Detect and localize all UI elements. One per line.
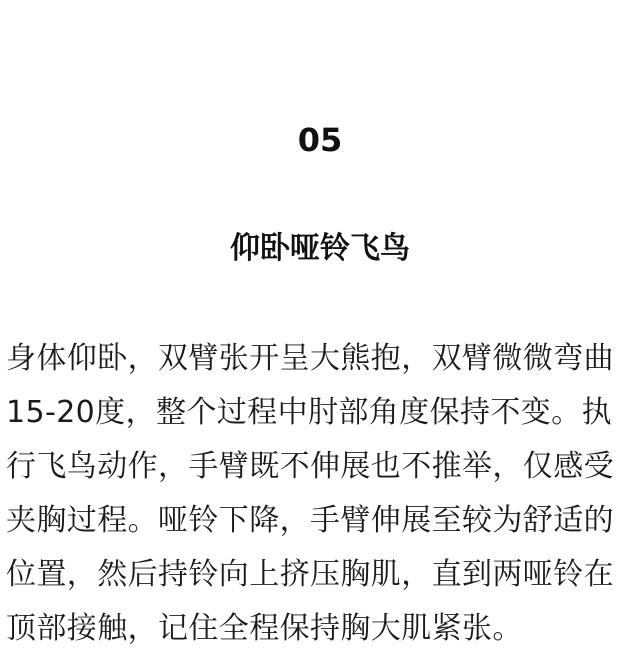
body-line: 夹胸过程。哑铃下降，手臂伸展至较为舒适的 (6, 494, 638, 548)
body-line: 15-20度，整个过程中肘部角度保持不变。执 (6, 386, 638, 440)
body-line: 身体仰卧，双臂张开呈大熊抱，双臂微微弯曲 (6, 332, 638, 386)
body-line: 行飞鸟动作，手臂既不伸展也不推举，仅感受 (6, 440, 638, 494)
body-paragraph: 身体仰卧，双臂张开呈大熊抱，双臂微微弯曲 15-20度，整个过程中肘部角度保持不… (6, 332, 638, 652)
body-line: 位置，然后持铃向上挤压胸肌，直到两哑铃在 (6, 548, 638, 602)
section-number: 05 (0, 118, 640, 162)
section-title: 仰卧哑铃飞鸟 (0, 226, 640, 272)
body-line: 顶部接触，记住全程保持胸大肌紧张。 (6, 602, 638, 652)
